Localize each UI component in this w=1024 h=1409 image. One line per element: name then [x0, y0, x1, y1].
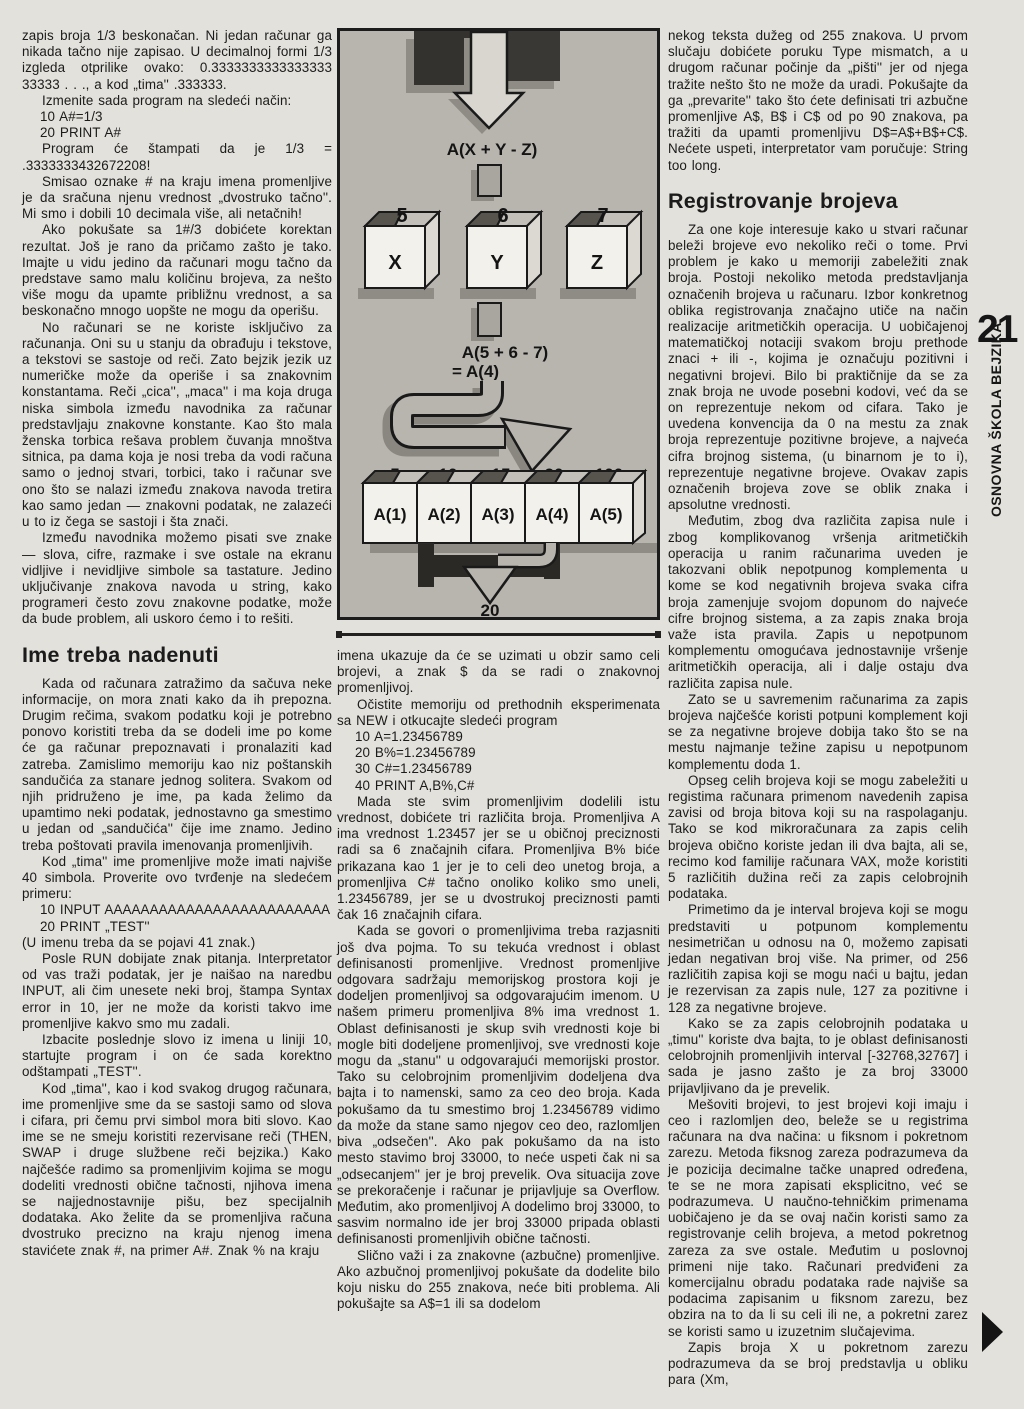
column-middle: imena ukazuje da će se uzimati u obzir s…	[337, 648, 660, 1312]
result-value: 20	[481, 601, 500, 617]
paragraph: No računari se ne koriste isključivo za …	[22, 320, 332, 531]
paragraph: Posle RUN dobijate znak pitanja. Interpr…	[22, 951, 332, 1032]
code-line: 10 A#=1/3	[22, 109, 332, 125]
value-slot-2	[471, 303, 501, 341]
box-z-value: 7	[597, 205, 608, 227]
expression-label: A(X + Y - Z)	[447, 140, 538, 159]
box-y-label: Y	[490, 252, 504, 274]
expression-mid-line2: = A(4)	[452, 362, 499, 381]
paragraph: zapis broja 1/3 beskonačan. Ni jedan rač…	[22, 28, 332, 93]
paragraph: (U imenu treba da se pojavi 41 znak.)	[22, 935, 332, 951]
section-heading: Registrovanje brojeva	[668, 189, 968, 213]
paragraph: Zato se u savremenim računarima za zapis…	[668, 692, 968, 773]
column-left: zapis broja 1/3 beskonačan. Ni jedan rač…	[22, 28, 332, 1259]
magazine-page: zapis broja 1/3 beskonačan. Ni jedan rač…	[0, 0, 1024, 1409]
paragraph: Očistite memoriju od prethodnih eksperim…	[337, 697, 660, 729]
paragraph: Smisao oznake # na kraju imena promenlji…	[22, 174, 332, 223]
paragraph: Opseg celih brojeva koji se mogu zabelež…	[668, 773, 968, 903]
code-line: 20 B%=1.23456789	[337, 745, 660, 761]
column-right: nekog teksta dužeg od 255 znakova. U prv…	[668, 28, 968, 1388]
memory-diagram: A(X + Y - Z)	[337, 28, 660, 620]
cell-3-label: A(3)	[481, 505, 514, 524]
box-y-value: 6	[497, 205, 508, 227]
paragraph: Kod „tima'', kao i kod svakog drugog rač…	[22, 1081, 332, 1259]
paragraph: Izmenite sada program na sledeći način:	[22, 93, 332, 109]
code-line: 20 PRINT A#	[22, 125, 332, 141]
expression-mid-line1: A(5 + 6 - 7)	[462, 343, 548, 362]
paragraph: Zapis broja X u pokretnom zarezu podrazu…	[668, 1340, 968, 1389]
code-line: 30 C#=1.23456789	[337, 761, 660, 777]
box-x-label: X	[388, 252, 402, 274]
cell-5-label: A(5)	[589, 505, 622, 524]
paragraph: Za one koje interesuje kako u stvari rač…	[668, 222, 968, 514]
box-z-label: Z	[591, 252, 603, 274]
paragraph: Program će štampati da je 1/3 = .3333333…	[22, 141, 332, 173]
paragraph: Mešoviti brojevi, to jest brojevi koji i…	[668, 1097, 968, 1340]
cell-4-label: A(4)	[535, 505, 568, 524]
paragraph: Ako pokušate sa 1#/3 dobićete korektan r…	[22, 222, 332, 319]
code-line: 10 A=1.23456789	[337, 729, 660, 745]
section-heading: Ime treba nadenuti	[22, 643, 332, 667]
paragraph: imena ukazuje da će se uzimati u obzir s…	[337, 648, 660, 697]
paragraph: Izbacite poslednje slovo iz imena u lini…	[22, 1032, 332, 1081]
code-line: 20 PRINT „TEST''	[22, 919, 332, 935]
paragraph: Primetimo da je interval brojeva koji se…	[668, 902, 968, 1015]
column-rule	[337, 633, 660, 636]
paragraph: Kod „tima'' ime promenljive može imati n…	[22, 854, 332, 903]
value-slot	[471, 165, 501, 201]
paragraph: nekog teksta dužeg od 255 znakova. U prv…	[668, 28, 968, 174]
paragraph: Kako se za zapis celobrojnih podataka u …	[668, 1016, 968, 1097]
memory-diagram-graphic: A(X + Y - Z)	[340, 31, 657, 617]
paragraph: Međutim, zbog dva različita zapisa nule …	[668, 513, 968, 691]
cell-2-label: A(2)	[427, 505, 460, 524]
section-vertical-label: OSNOVNA ŠKOLA BEJZIKA	[988, 345, 1004, 517]
paragraph: Kada od računara zatražimo da sačuva nek…	[22, 676, 332, 854]
assignment-arrow-icon	[395, 380, 570, 478]
paragraph: Mada ste svim promenljivim dodelili istu…	[337, 794, 660, 924]
code-line: 40 PRINT A,B%,C#	[337, 778, 660, 794]
continued-arrow-icon	[982, 1312, 1003, 1352]
box-x-value: 5	[396, 205, 407, 227]
code-line: 10 INPUT AAAAAAAAAAAAAAAAAAAAAAAAA	[22, 902, 332, 918]
cell-1-label: A(1)	[373, 505, 406, 524]
paragraph: Između navodnika možemo pisati sve znake…	[22, 530, 332, 627]
paragraph: Kada se govori o promenljivima treba raz…	[337, 923, 660, 1247]
paragraph: Slično važi i za znakovne (azbučne) prom…	[337, 1248, 660, 1313]
